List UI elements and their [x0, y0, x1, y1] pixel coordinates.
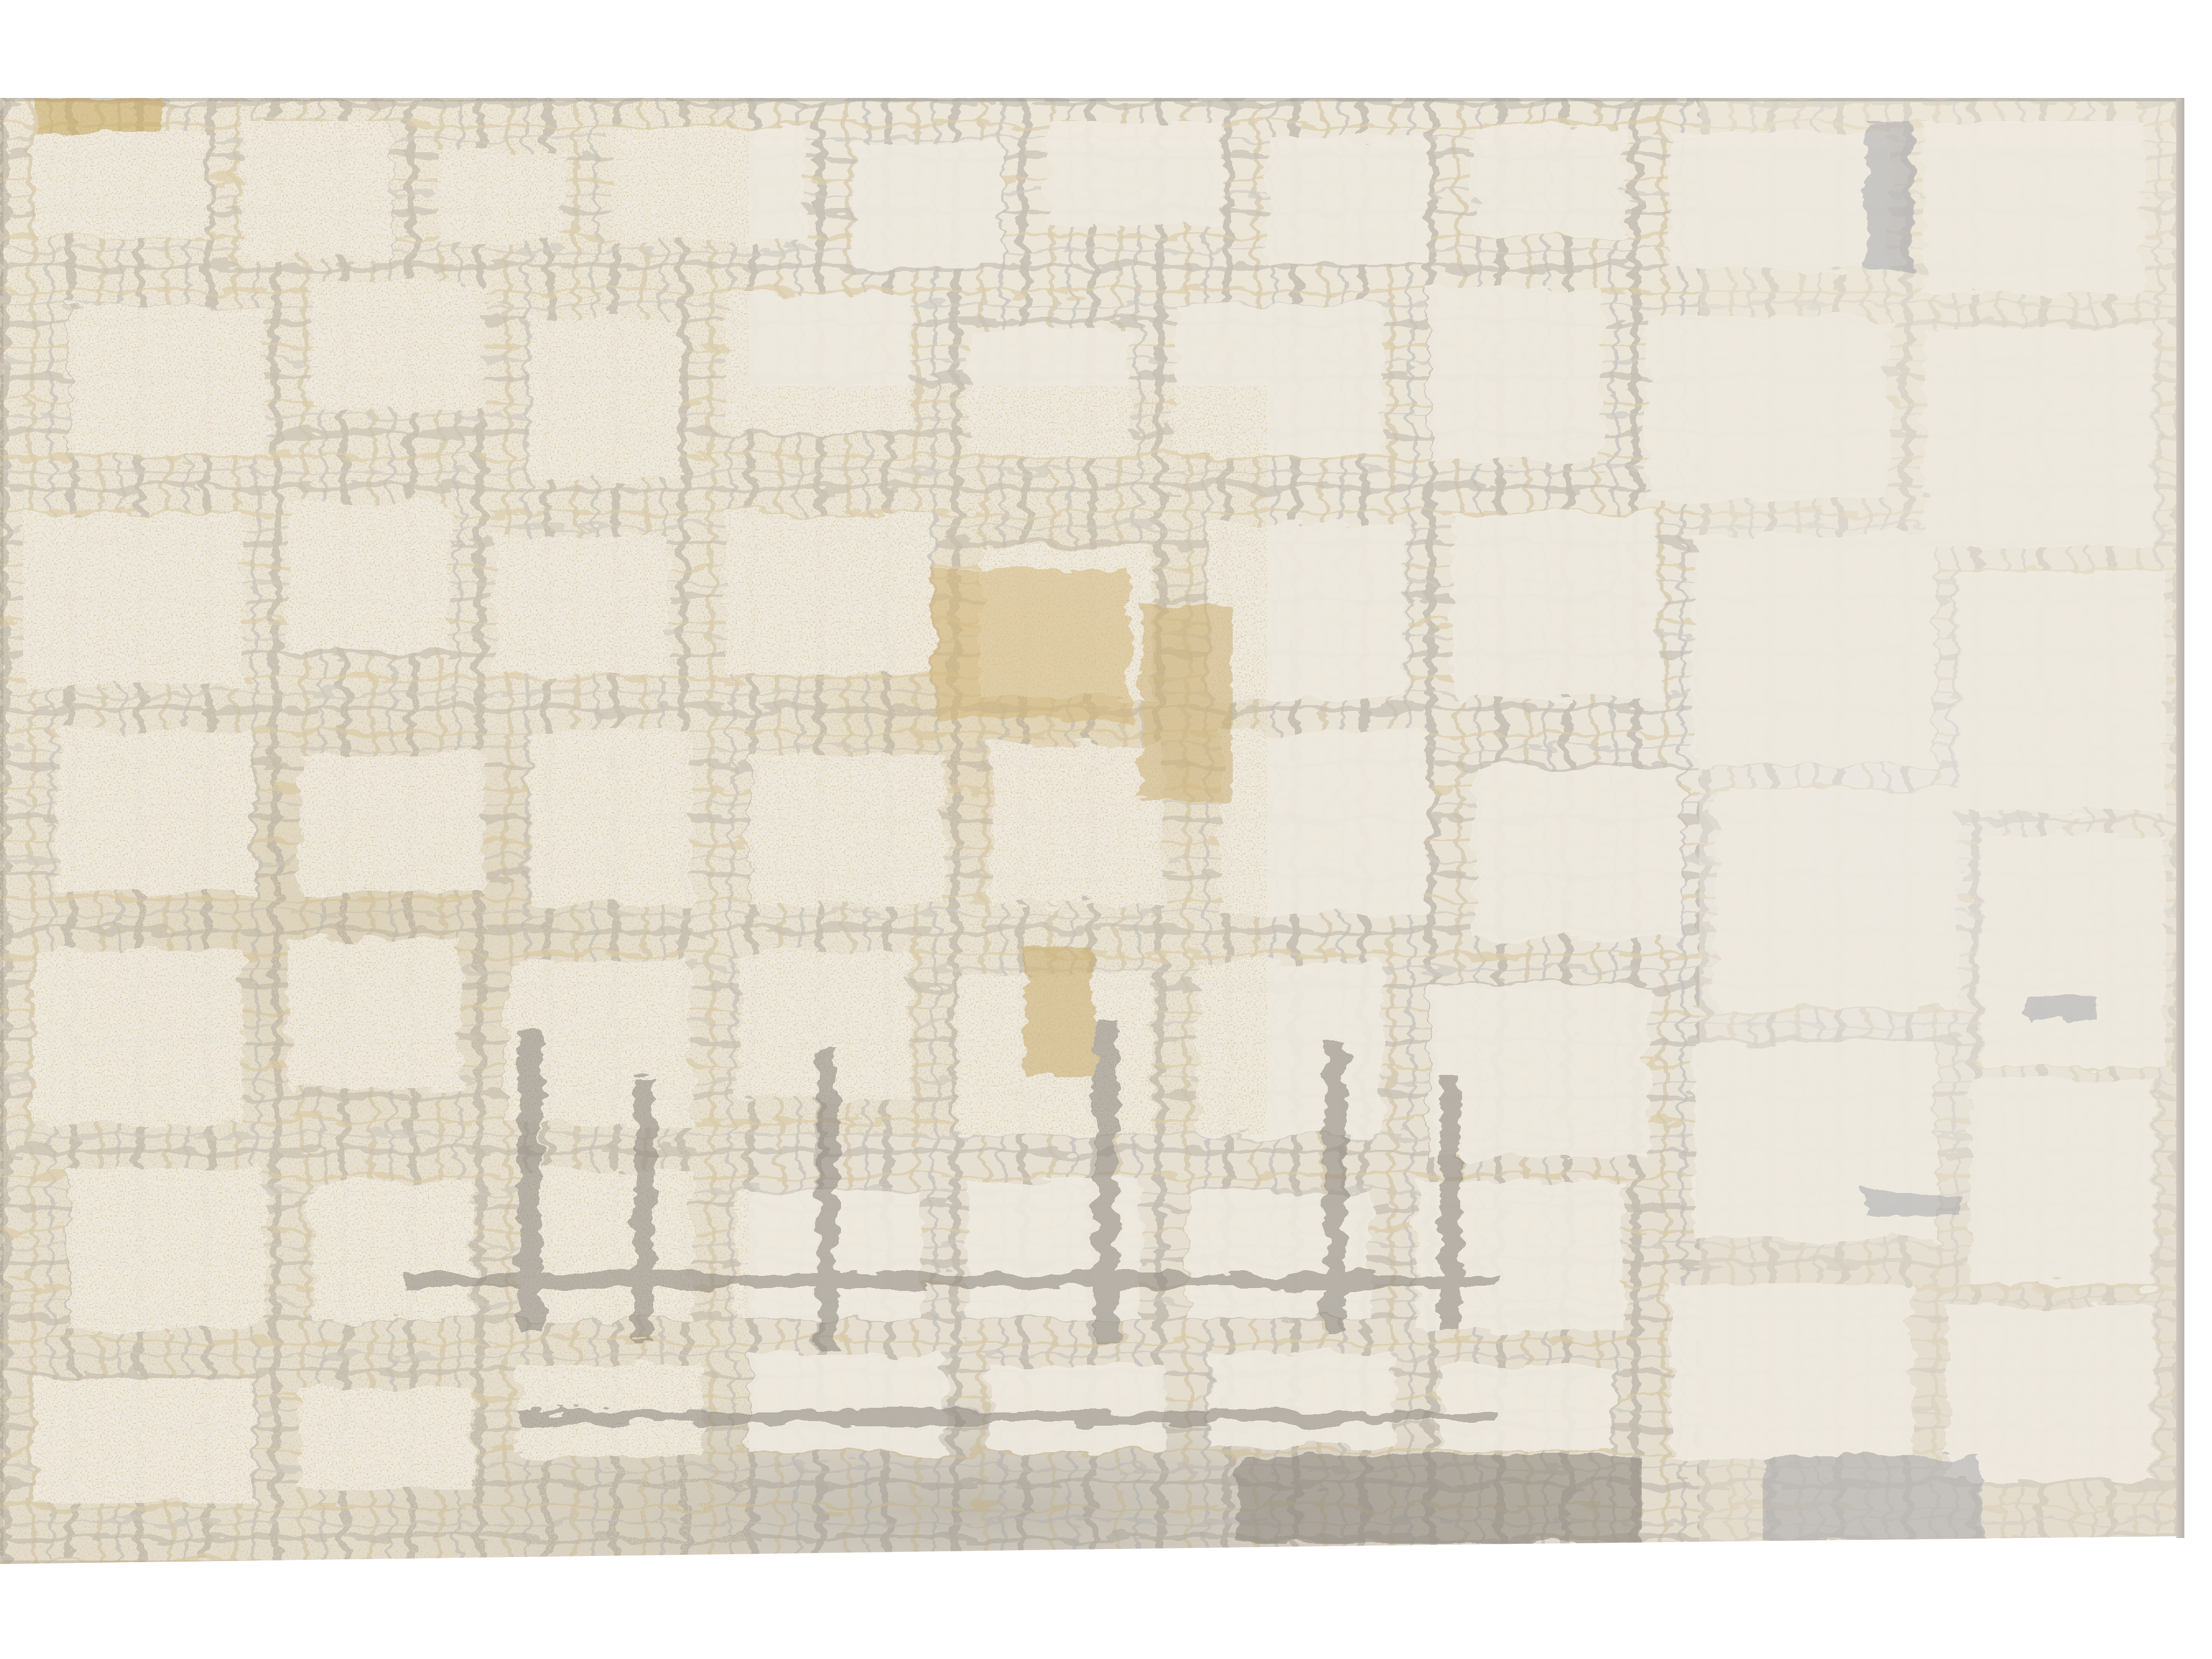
product-photo-stage [0, 0, 2212, 1659]
rug-pattern [0, 98, 2183, 1564]
rug [0, 98, 2183, 1564]
rug-edge-binding [2176, 98, 2184, 1538]
